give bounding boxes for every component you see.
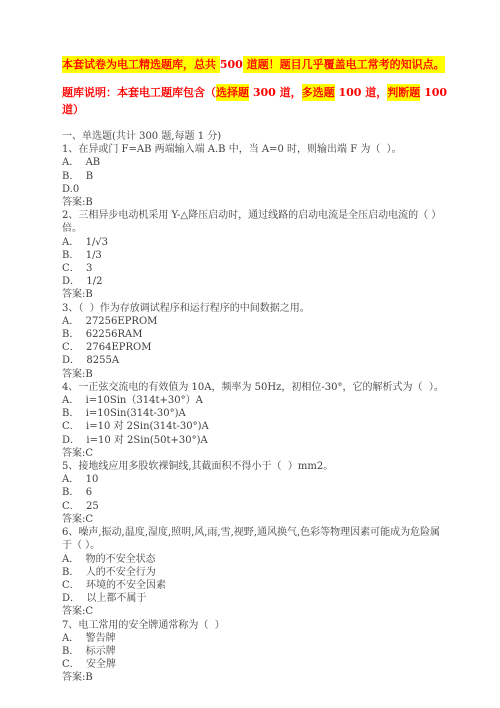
- question-text: 5、接地线应用多股软裸铜线,其截面积不得小于（ ）mm2。: [62, 460, 450, 473]
- question-list: 一、单选题(共计 300 题,每题 1 分) 1、在异或门 F=AB 两端输入端…: [62, 130, 450, 685]
- question-block: 4、一正弦交流电的有效值为 10A，频率为 50Hz，初相位-30°，它的解析式…: [62, 381, 450, 460]
- document-page: 本套试卷为电工精选题库，总共 500 道题！题目几乎覆盖电工常考的知识点。 题库…: [0, 0, 500, 708]
- option-line: A． 27256EPROM: [62, 315, 450, 328]
- option-line: A． 物的不安全状态: [62, 553, 450, 566]
- option-line: D． 8255A: [62, 354, 450, 367]
- question-text: 7、电工常用的安全牌通常称为（ ）: [62, 619, 450, 632]
- answer-line: 答案:B: [62, 671, 450, 684]
- option-line: C． i=10 对 2Sin(314t-30°)A: [62, 420, 450, 433]
- question-block: 2、三相异步电动机采用 Y-△降压启动时，通过线路的启动电流是全压启动电流的（ …: [62, 209, 450, 301]
- question-text: 3、（ ）作为存放调试程序和运行程序的中间数据之用。: [62, 302, 450, 315]
- highlighted-text: 判断题: [387, 84, 420, 101]
- option-line: B． 人的不安全行为: [62, 566, 450, 579]
- option-line: B． 6: [62, 486, 450, 499]
- answer-line: 答案:B: [62, 288, 450, 301]
- question-block: 7、电工常用的安全牌通常称为（ ）A． 警告牌B． 标示牌C． 安全牌答案:B: [62, 619, 450, 685]
- option-line: A． 1/√3: [62, 236, 450, 249]
- option-line: A． AB: [62, 156, 450, 169]
- option-line: B． i=10Sin(314t-30°)A: [62, 407, 450, 420]
- question-block: 5、接地线应用多股软裸铜线,其截面积不得小于（ ）mm2。A． 10B． 6C．…: [62, 460, 450, 526]
- question-block: 1、在异或门 F=AB 两端输入端 A.B 中，当 A=0 时，则输出端 F 为…: [62, 143, 450, 209]
- banner-text: 题库说明：本套电工题库包含（: [62, 84, 216, 101]
- option-line: B． 62256RAM: [62, 328, 450, 341]
- questions-container: 1、在异或门 F=AB 两端输入端 A.B 中，当 A=0 时，则输出端 F 为…: [62, 143, 450, 684]
- highlighted-text: 多选题: [302, 84, 335, 101]
- option-line: D． 1/2: [62, 275, 450, 288]
- banner-text: 500: [220, 56, 243, 73]
- question-block: 3、（ ）作为存放调试程序和运行程序的中间数据之用。A． 27256EPROMB…: [62, 302, 450, 381]
- section-heading: 一、单选题(共计 300 题,每题 1 分): [62, 130, 450, 143]
- exam-banner: 本套试卷为电工精选题库，总共 500 道题！题目几乎覆盖电工常考的知识点。: [62, 56, 450, 73]
- banner-text: 300 道，: [249, 84, 302, 101]
- option-line: C． 环境的不安全因素: [62, 579, 450, 592]
- highlighted-text: 道题！题目几乎覆盖电工常考的知识点。: [243, 56, 445, 73]
- option-line: B． 标示牌: [62, 645, 450, 658]
- answer-line: 答案:B: [62, 368, 450, 381]
- option-line: B． B: [62, 170, 450, 183]
- answer-line: 答案:C: [62, 447, 450, 460]
- option-line: B． 1/3: [62, 249, 450, 262]
- question-text: 1、在异或门 F=AB 两端输入端 A.B 中，当 A=0 时，则输出端 F 为…: [62, 143, 450, 156]
- option-line: C． 2764EPROM: [62, 341, 450, 354]
- option-line: D． 以上都不属于: [62, 592, 450, 605]
- bank-description: 题库说明：本套电工题库包含（选择题 300 道，多选题 100 道，判断题 10…: [62, 84, 450, 118]
- question-text: 2、三相异步电动机采用 Y-△降压启动时，通过线路的启动电流是全压启动电流的（ …: [62, 209, 450, 235]
- option-line: A． 10: [62, 473, 450, 486]
- question-text: 6、噪声,振动,温度,湿度,照明,风,雨,雪,视野,通风换气,色彩等物理因素可能…: [62, 526, 450, 552]
- option-line: A． i=10Sin（314t+30°）A: [62, 394, 450, 407]
- answer-line: 答案:B: [62, 196, 450, 209]
- answer-line: 答案:C: [62, 605, 450, 618]
- option-line: D． i=10 对 2Sin(50t+30°)A: [62, 434, 450, 447]
- option-line: C． 安全牌: [62, 658, 450, 671]
- highlighted-text: 本套试卷为电工精选题库，总共: [62, 56, 220, 73]
- option-line: A． 警告牌: [62, 632, 450, 645]
- option-line: D.0: [62, 183, 450, 196]
- question-text: 4、一正弦交流电的有效值为 10A，频率为 50Hz，初相位-30°，它的解析式…: [62, 381, 450, 394]
- highlighted-text: 选择题: [216, 84, 249, 101]
- answer-line: 答案:C: [62, 513, 450, 526]
- option-line: C． 25: [62, 500, 450, 513]
- option-line: C． 3: [62, 262, 450, 275]
- question-block: 6、噪声,振动,温度,湿度,照明,风,雨,雪,视野,通风换气,色彩等物理因素可能…: [62, 526, 450, 618]
- banner-text: 100 道，: [335, 84, 388, 101]
